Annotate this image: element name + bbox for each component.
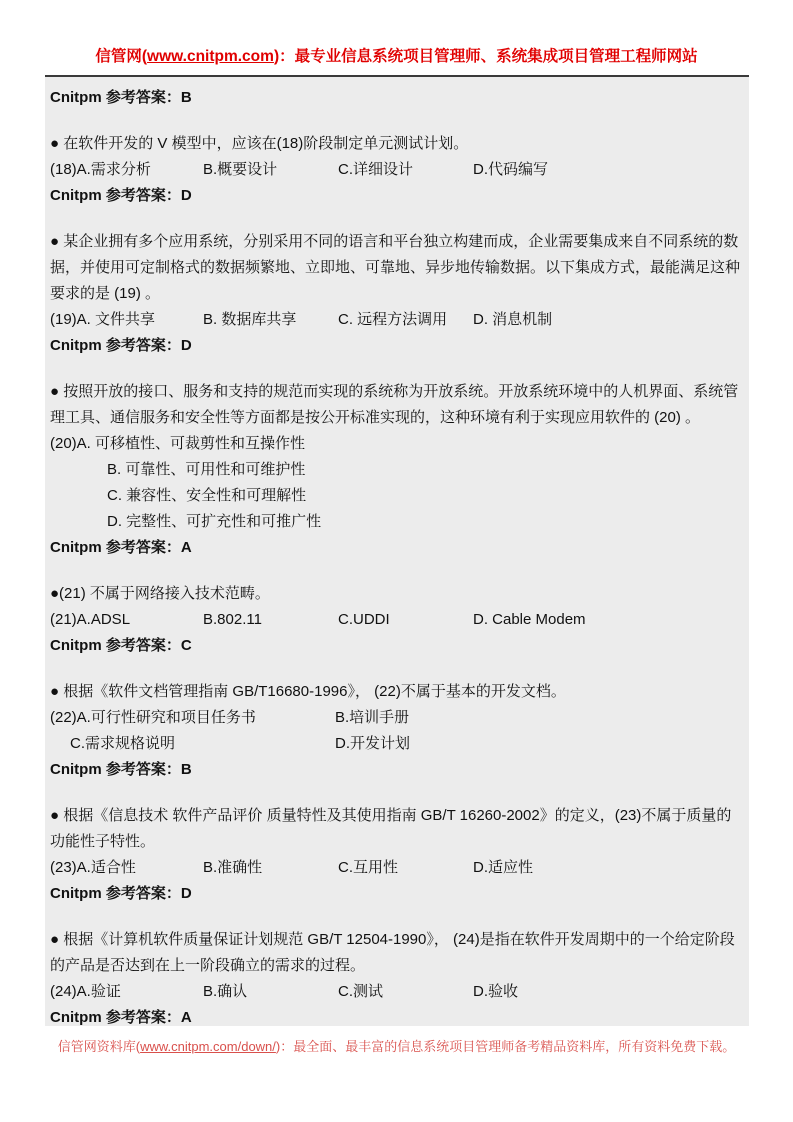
lead-answer-label: Cnitpm 参考答案： (50, 89, 181, 106)
site-header: 信管网(www.cnitpm.com)：最专业信息系统项目管理师、系统集成项目管… (0, 0, 793, 66)
question-stem: ● 在软件开发的 V 模型中，应该在(18)阶段制定单元测试计划。 (50, 131, 744, 157)
footer-suffix: )：最全面、最丰富的信息系统项目管理师备考精品资料库，所有资料免费下载。 (276, 1039, 735, 1054)
question-stem: ● 根据《计算机软件质量保证计划规范 GB/T 12504-1990》， (24… (50, 927, 744, 979)
answer-value: C (181, 637, 192, 654)
option: D.适应性 (473, 855, 608, 881)
question-block: ● 根据《计算机软件质量保证计划规范 GB/T 12504-1990》， (24… (50, 927, 744, 1026)
option: (20)A. 可移植性、可裁剪性和互操作性 (50, 431, 744, 457)
question-block: ● 按照开放的接口、服务和支持的规范而实现的系统称为开放系统。开放系统环境中的人… (50, 379, 744, 561)
options-grid: (22)A.可行性研究和项目任务书B.培训手册C.需求规格说明D.开发计划 (50, 705, 744, 757)
answer-value: D (181, 187, 192, 204)
answer-line: Cnitpm 参考答案：D (50, 333, 744, 359)
option: (18)A.需求分析 (50, 157, 203, 183)
option: C.测试 (338, 979, 473, 1005)
option: D.代码编写 (473, 157, 608, 183)
option: C.UDDI (338, 607, 473, 633)
answer-label: Cnitpm 参考答案： (50, 187, 181, 204)
option: B.培训手册 (335, 705, 744, 731)
option: (19)A. 文件共享 (50, 307, 203, 333)
footer-prefix: 信管网资料库( (58, 1039, 140, 1054)
site-header-suffix: )：最专业信息系统项目管理师、系统集成项目管理工程师网站 (274, 48, 698, 65)
option: B. 数据库共享 (203, 307, 338, 333)
site-header-link[interactable]: www.cnitpm.com (147, 48, 274, 65)
site-header-prefix: 信管网( (95, 48, 147, 65)
option: B.概要设计 (203, 157, 338, 183)
option: B.802.11 (203, 607, 338, 633)
option: B.确认 (203, 979, 338, 1005)
answer-value: D (181, 885, 192, 902)
answer-label: Cnitpm 参考答案： (50, 539, 181, 556)
option: C.互用性 (338, 855, 473, 881)
answer-label: Cnitpm 参考答案： (50, 637, 181, 654)
answer-line: Cnitpm 参考答案：C (50, 633, 744, 659)
answer-line: Cnitpm 参考答案：B (50, 757, 744, 783)
question-block: ● 根据《软件文档管理指南 GB/T16680-1996》， (22)不属于基本… (50, 679, 744, 783)
questions-list: ● 在软件开发的 V 模型中，应该在(18)阶段制定单元测试计划。(18)A.需… (50, 131, 744, 1026)
options-row: (24)A.验证B.确认C.测试D.验收 (50, 979, 744, 1005)
option: D. 消息机制 (473, 307, 608, 333)
content-panel: Cnitpm 参考答案：B ● 在软件开发的 V 模型中，应该在(18)阶段制定… (45, 75, 749, 1026)
answer-line: Cnitpm 参考答案：D (50, 881, 744, 907)
option: D. 完整性、可扩充性和可推广性 (50, 509, 744, 535)
option: (23)A.适合性 (50, 855, 203, 881)
question-block: ● 某企业拥有多个应用系统，分别采用不同的语言和平台独立构建而成，企业需要集成来… (50, 229, 744, 359)
answer-value: A (181, 1009, 192, 1026)
answer-line: Cnitpm 参考答案：A (50, 535, 744, 561)
answer-line: Cnitpm 参考答案：D (50, 183, 744, 209)
option: D.验收 (473, 979, 608, 1005)
answer-value: B (181, 761, 192, 778)
option: (21)A.ADSL (50, 607, 203, 633)
options-row: (23)A.适合性B.准确性C.互用性D.适应性 (50, 855, 744, 881)
answer-value: D (181, 337, 192, 354)
question-stem: ● 某企业拥有多个应用系统，分别采用不同的语言和平台独立构建而成，企业需要集成来… (50, 229, 744, 307)
answer-label: Cnitpm 参考答案： (50, 337, 181, 354)
options-row: (18)A.需求分析B.概要设计C.详细设计D.代码编写 (50, 157, 744, 183)
option: D.开发计划 (335, 731, 744, 757)
answer-value: A (181, 539, 192, 556)
question-block: ● 在软件开发的 V 模型中，应该在(18)阶段制定单元测试计划。(18)A.需… (50, 131, 744, 209)
question-block: ● 根据《信息技术 软件产品评价 质量特性及其使用指南 GB/T 16260-2… (50, 803, 744, 907)
answer-label: Cnitpm 参考答案： (50, 761, 181, 778)
options-row: (19)A. 文件共享B. 数据库共享C. 远程方法调用D. 消息机制 (50, 307, 744, 333)
option: C. 远程方法调用 (338, 307, 473, 333)
option: B. 可靠性、可用性和可维护性 (50, 457, 744, 483)
question-stem: ● 根据《信息技术 软件产品评价 质量特性及其使用指南 GB/T 16260-2… (50, 803, 744, 855)
option: C.详细设计 (338, 157, 473, 183)
answer-label: Cnitpm 参考答案： (50, 885, 181, 902)
answer-line: Cnitpm 参考答案：A (50, 1005, 744, 1026)
option: C.需求规格说明 (50, 731, 335, 757)
question-block: ●(21) 不属于网络接入技术范畴。(21)A.ADSLB.802.11C.UD… (50, 581, 744, 659)
footer-link[interactable]: www.cnitpm.com/down/ (140, 1039, 276, 1054)
option: B.准确性 (203, 855, 338, 881)
option: (22)A.可行性研究和项目任务书 (50, 705, 335, 731)
answer-label: Cnitpm 参考答案： (50, 1009, 181, 1026)
footer-note: 信管网资料库(www.cnitpm.com/down/)：最全面、最丰富的信息系… (0, 1039, 793, 1055)
question-stem: ●(21) 不属于网络接入技术范畴。 (50, 581, 744, 607)
option: D. Cable Modem (473, 607, 608, 633)
option: C. 兼容性、安全性和可理解性 (50, 483, 744, 509)
options-row: (21)A.ADSLB.802.11C.UDDID. Cable Modem (50, 607, 744, 633)
option: (24)A.验证 (50, 979, 203, 1005)
lead-answer-value: B (181, 89, 192, 106)
lead-answer-line: Cnitpm 参考答案：B (50, 85, 744, 111)
question-stem: ● 按照开放的接口、服务和支持的规范而实现的系统称为开放系统。开放系统环境中的人… (50, 379, 744, 431)
question-stem: ● 根据《软件文档管理指南 GB/T16680-1996》， (22)不属于基本… (50, 679, 744, 705)
